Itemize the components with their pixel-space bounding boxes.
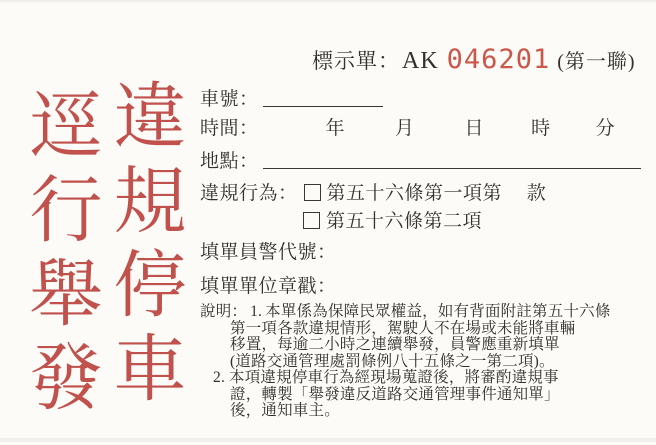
serial-prefix: AK <box>402 48 439 75</box>
parking-violation-ticket: 違 規 停 車 逕 行 舉 發 標示單： AK 046201 (第一聯) 車號：… <box>0 0 656 445</box>
time-unit-day: 日 <box>465 113 485 140</box>
scan-edge-bottom <box>0 438 656 442</box>
note-text: 本項違規停車行為經現場蒐證後，將審酌違規事 <box>229 369 559 386</box>
serial-number: 046201 <box>447 44 551 75</box>
banner-col-illegal-parking: 違 規 停 車 <box>111 76 189 412</box>
plate-row: 車號： <box>200 84 383 111</box>
officer-code-row: 填單員警代號： <box>200 237 337 264</box>
note-text: 本單係為保障民眾權益，如有背面附註第五十六條 <box>265 303 610 320</box>
ticket-label: 標示單： <box>312 45 400 75</box>
banner-char: 行 <box>27 169 105 253</box>
plate-fill-line[interactable] <box>263 91 383 107</box>
ticket-header: 標示單： AK 046201 (第一聯) <box>312 44 636 75</box>
violation-label: 違規行為： <box>200 183 298 204</box>
banner-char: 違 <box>111 76 189 160</box>
note-number: 2. <box>213 369 225 386</box>
time-unit-month: 月 <box>395 113 415 140</box>
unit-stamp-row: 填單單位章戳： <box>200 271 337 298</box>
violation-row-2: 第五十六條第二項 <box>303 206 482 233</box>
location-row: 地點： <box>200 146 641 173</box>
note-line: 2.本項違規停車行為經現場蒐證後，將審酌違規事 <box>213 370 611 387</box>
officer-code-label: 填單員警代號： <box>200 242 337 263</box>
violation-option-1-label: 第五十六條第一項第 款 <box>327 183 547 204</box>
note-line: 移置，每逾二小時之連續舉發，員警應重新填單 <box>230 337 611 354</box>
banner-char: 舉 <box>27 253 105 337</box>
time-unit-minute: 分 <box>596 113 616 140</box>
unit-stamp-label: 填單單位章戳： <box>200 276 337 297</box>
note-line: (道路交通管理處罰條例八十五條之一第二項)。 <box>230 354 611 371</box>
notes-section: 說明：1.本單係為保障民眾權益，如有背面附註第五十六條 第一項各款違規情形，駕駛… <box>200 304 611 420</box>
note-line: 證，轉製「舉發違反道路交通管理事件通知單」 <box>230 387 611 404</box>
note-number: 1. <box>250 303 262 320</box>
plate-label: 車號： <box>200 89 259 110</box>
banner-char: 發 <box>27 337 105 421</box>
banner-char: 逕 <box>27 85 105 169</box>
time-label: 時間： <box>200 118 259 139</box>
note-line: 第一項各款違規情形，駕駛人不在場或未能將車輛 <box>230 321 611 338</box>
banner-char: 規 <box>111 160 189 244</box>
location-fill-line[interactable] <box>263 153 641 169</box>
checkbox-article-56-1[interactable] <box>304 184 321 201</box>
banner-char: 停 <box>111 244 189 328</box>
time-unit-hour: 時 <box>531 113 551 140</box>
location-label: 地點： <box>200 151 259 172</box>
notes-label: 說明： <box>200 303 247 320</box>
checkbox-article-56-2[interactable] <box>303 212 320 229</box>
time-unit-year: 年 <box>326 113 346 140</box>
note-line: 後，通知車主。 <box>230 403 611 420</box>
violation-row: 違規行為：第五十六條第一項第 款 <box>200 178 546 205</box>
violation-option-2-label: 第五十六條第二項 <box>326 211 482 232</box>
copy-designation: (第一聯) <box>557 45 635 74</box>
banner-col-direct-citation: 逕 行 舉 發 <box>27 85 105 421</box>
time-row: 時間：年月日時分 <box>200 113 615 140</box>
note-line: 說明：1.本單係為保障民眾權益，如有背面附註第五十六條 <box>200 304 611 321</box>
banner-char: 車 <box>111 328 189 412</box>
scan-edge-top <box>0 0 656 4</box>
